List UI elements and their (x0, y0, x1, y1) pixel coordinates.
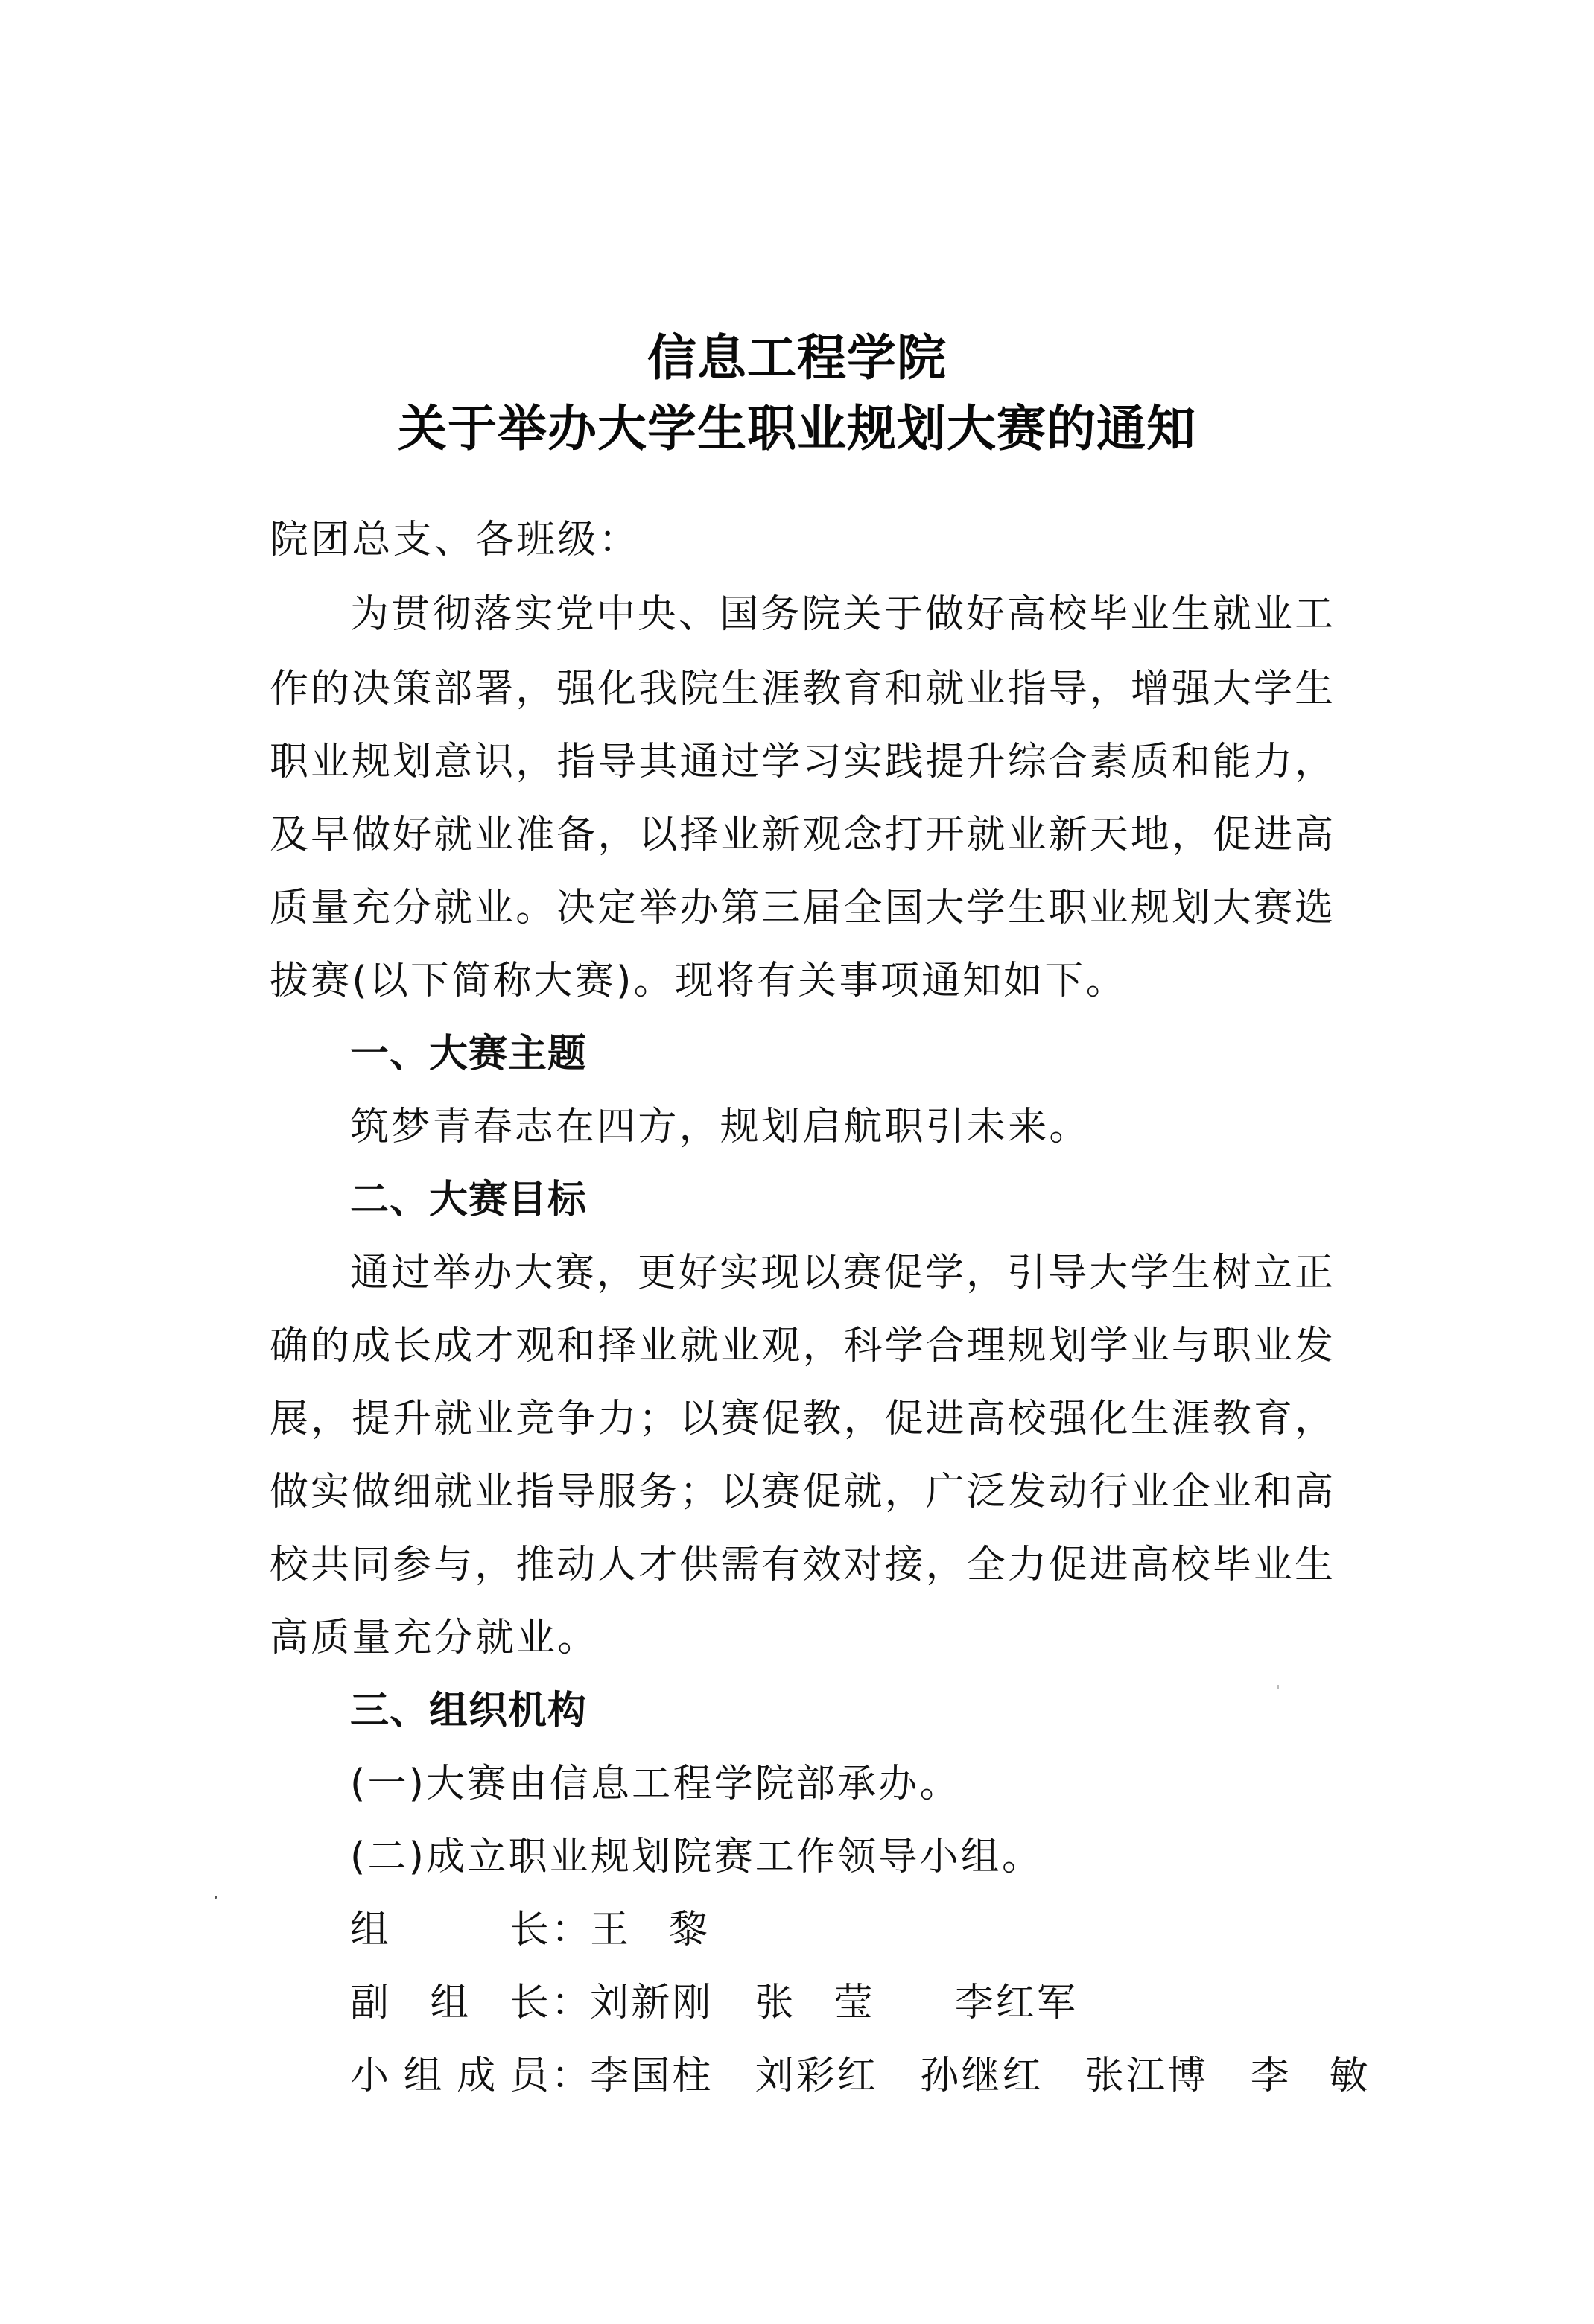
goals-line-5: 校共同参与，推动人才供需有效对接，全力促进高校毕业生 (270, 1539, 1333, 1591)
member-name-1: 李国柱 (590, 2050, 714, 2102)
leader-colon: ： (551, 1904, 590, 1956)
deputy-name-2: 张莹 (755, 1977, 913, 2029)
intro-line-3: 职业规划意识，指导其通过学习实践提升综合素质和能力， (270, 736, 1333, 788)
committee-deputy-row: 副组长：刘新刚张莹李红军 (350, 1977, 1120, 2029)
document-title-line-1: 信息工程学院 (0, 328, 1594, 387)
goals-line-4: 做实做细就业指导服务；以赛促就，广泛发动行业企业和高 (270, 1466, 1333, 1518)
members-label: 小组成员 (350, 2050, 551, 2102)
section-heading-goals: 二、大赛目标 (350, 1174, 587, 1226)
committee-members-row: 小组成员：李国柱刘彩红孙继红张江博李敏 (350, 2050, 1409, 2102)
deputy-colon: ： (551, 1977, 590, 2029)
goals-line-6: 高质量充分就业。 (270, 1612, 599, 1664)
goals-line-1: 通过举办大赛，更好实现以赛促学，引导大学生树立正 (350, 1247, 1333, 1299)
deputy-name-3: 李红军 (955, 1977, 1079, 2029)
scan-speck (1277, 1685, 1279, 1689)
intro-line-1: 为贯彻落实党中央、国务院关于做好高校毕业生就业工 (350, 588, 1333, 641)
section-theme-text: 筑梦青春志在四方，规划启航职引未来。 (350, 1101, 1090, 1153)
goals-line-3: 展，提升就业竞争力；以赛促教，促进高校强化生涯教育， (270, 1393, 1333, 1445)
intro-line-4: 及早做好就业准备，以择业新观念打开就业新天地，促进高 (270, 809, 1333, 861)
intro-line-2: 作的决策部署，强化我院生涯教育和就业指导，增强大学生 (270, 663, 1333, 715)
document-page: 信息工程学院 关于举办大学生职业规划大赛的通知 院团总支、各班级： 为贯彻落实党… (0, 0, 1594, 2324)
organization-item-1: (一)大赛由信息工程学院部承办。 (350, 1758, 961, 1810)
member-name-4: 张江博 (1085, 2050, 1209, 2102)
section-heading-theme: 一、大赛主题 (350, 1028, 587, 1080)
section-heading-organization: 三、组织机构 (350, 1685, 587, 1737)
salutation: 院团总支、各班级： (270, 514, 640, 566)
intro-line-6: 拔赛(以下简称大赛)。现将有关事项通知如下。 (270, 955, 1127, 1007)
deputy-name-1: 刘新刚 (590, 1977, 714, 2029)
member-name-3: 孙继红 (920, 2050, 1044, 2102)
leader-label: 组长 (350, 1904, 551, 1956)
deputy-label: 副组长 (350, 1977, 551, 2029)
member-name-2: 刘彩红 (755, 2050, 879, 2102)
member-name-5: 李敏 (1250, 2050, 1408, 2102)
document-title-line-2: 关于举办大学生职业规划大赛的通知 (0, 399, 1594, 458)
organization-item-2: (二)成立职业规划院赛工作领导小组。 (350, 1831, 1043, 1883)
leader-name: 王黎 (590, 1904, 748, 1956)
scan-speck (215, 1896, 217, 1899)
intro-line-5: 质量充分就业。决定举办第三届全国大学生职业规划大赛选 (270, 882, 1333, 934)
goals-line-2: 确的成长成才观和择业就业观，科学合理规划学业与职业发 (270, 1320, 1333, 1372)
members-colon: ： (551, 2050, 590, 2102)
committee-leader-row: 组长：王黎 (350, 1904, 749, 1956)
